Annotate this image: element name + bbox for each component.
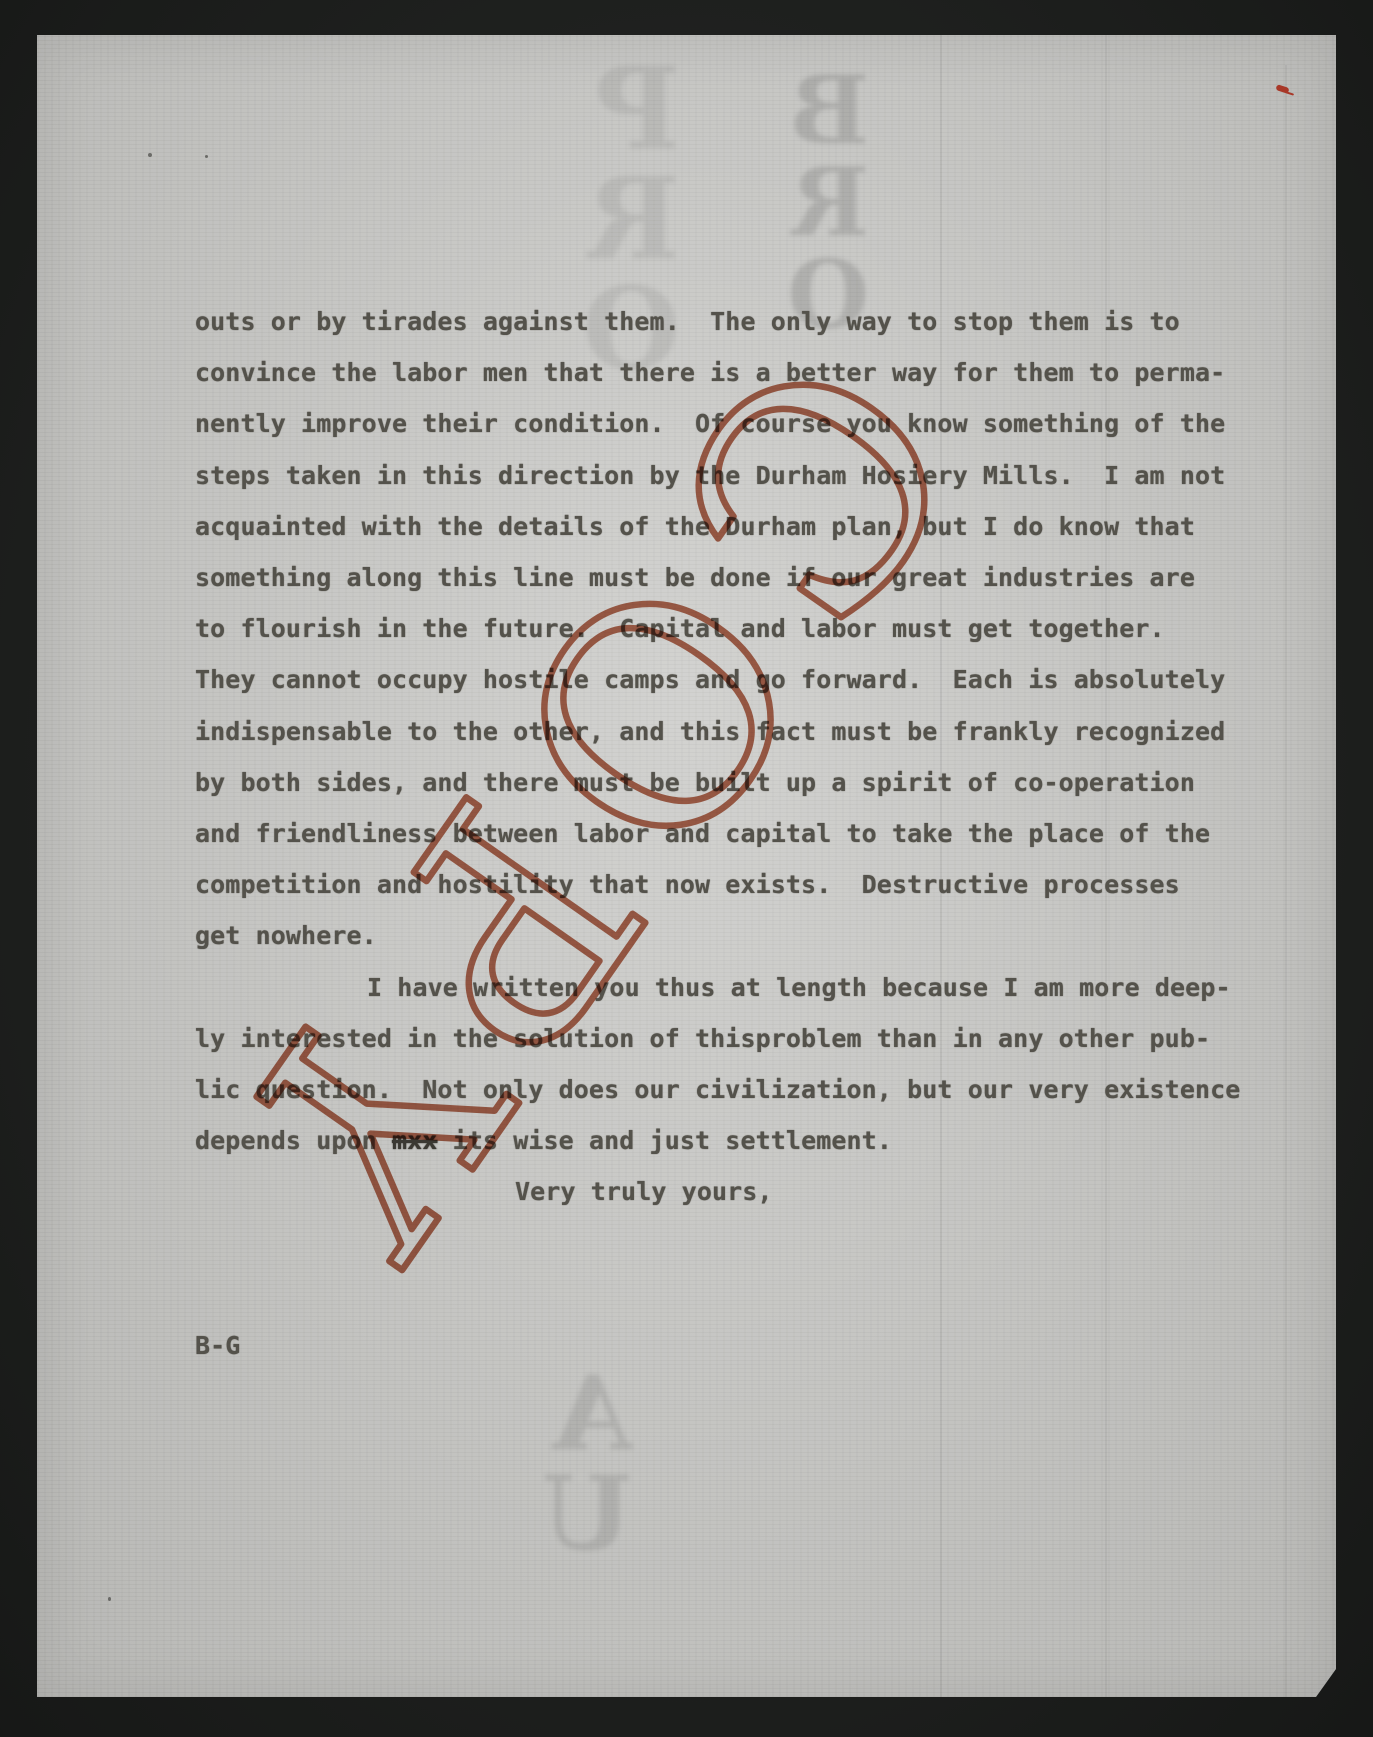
letter-line: to flourish in the future. Capital and l… <box>195 603 1265 654</box>
letter-line: ly interested in the solution of thispro… <box>195 1013 1265 1064</box>
letter-line: by both sides, and there must be built u… <box>195 757 1265 808</box>
letter-line: indispensable to the other, and this fac… <box>195 706 1265 757</box>
letter-line: convince the labor men that there is a b… <box>195 347 1265 398</box>
letter-line: lic question. Not only does our civiliza… <box>195 1064 1265 1115</box>
letter-line: outs or by tirades against them. The onl… <box>195 296 1265 347</box>
dust-speck <box>205 155 208 158</box>
letter-body: outs or by tirades against them. The onl… <box>195 296 1265 1371</box>
letter-line: competition and hostility that now exist… <box>195 859 1265 910</box>
letter-page: PRO BRO AU outs or by tirades against th… <box>37 35 1336 1697</box>
letter-line: something along this line must be done i… <box>195 552 1265 603</box>
dust-speck <box>108 1597 111 1601</box>
letter-line: get nowhere. <box>195 910 1265 961</box>
letter-line: steps taken in this direction by the Dur… <box>195 450 1265 501</box>
letter-line: and friendliness between labor and capit… <box>195 808 1265 859</box>
bleedthrough-text-bottom: AU <box>542 1365 632 1565</box>
letter-line: nently improve their condition. Of cours… <box>195 398 1265 449</box>
letter-line-paragraph-start: I have written you thus at length becaus… <box>195 962 1265 1013</box>
letter-line: They cannot occupy hostile camps and go … <box>195 654 1265 705</box>
blank-line <box>195 1218 1265 1269</box>
blank-line <box>195 1269 1265 1320</box>
strike-line-suffix: its wise and just settlement. <box>437 1126 892 1155</box>
paper-crease <box>1285 65 1287 1697</box>
scan-background: PRO BRO AU outs or by tirades against th… <box>0 0 1373 1737</box>
red-ink-fleck <box>1275 84 1289 94</box>
letter-line: acquainted with the details of the Durha… <box>195 501 1265 552</box>
strike-line-prefix: depends upon <box>195 1126 392 1155</box>
typist-initials: B-G <box>195 1320 1265 1371</box>
dust-speck <box>148 153 152 157</box>
valediction: Very truly yours, <box>195 1166 1265 1217</box>
letter-line-with-strikeout: depends upon mxx its wise and just settl… <box>195 1115 1265 1166</box>
struck-word: mxx <box>392 1126 437 1155</box>
